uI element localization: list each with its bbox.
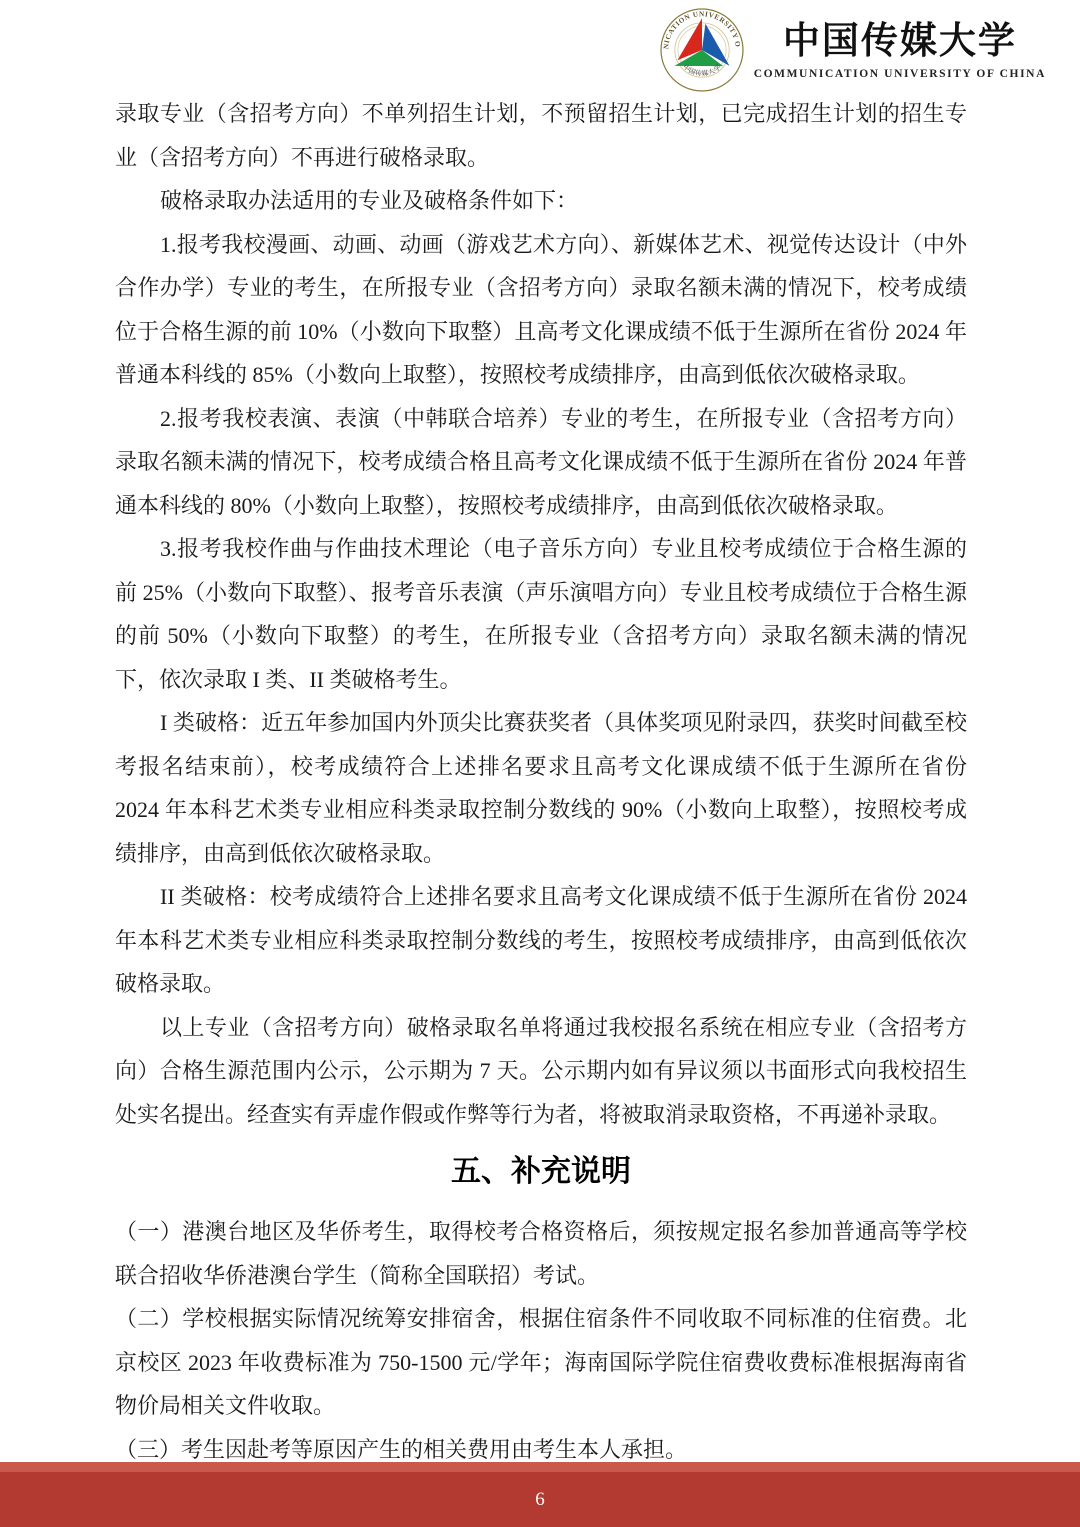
university-name-chinese: 中国传媒大学	[783, 18, 1017, 66]
paragraph-supplement-1: （一）港澳台地区及华侨考生，取得校考合格资格后，须按规定报名参加普通高等学校联合…	[115, 1210, 967, 1297]
paragraph-item-3: 3.报考我校作曲与作曲技术理论（电子音乐方向）专业且校考成绩位于合格生源的前 2…	[115, 527, 967, 701]
footer-bar: 6	[0, 1472, 1080, 1527]
paragraph-class-1-exception: I 类破格：近五年参加国内外顶尖比赛获奖者（具体奖项见附录四，获奖时间截至校考报…	[115, 701, 967, 875]
document-page: COMMUNICATION UNIVERSITY OF CHINA 中国传媒大学…	[0, 0, 1080, 1527]
paragraph-publicity: 以上专业（含招考方向）破格录取名单将通过我校报名系统在相应专业（含招考方向）合格…	[115, 1006, 967, 1137]
paragraph-conditions-intro: 破格录取办法适用的专业及破格条件如下：	[115, 179, 967, 223]
university-seal-icon: COMMUNICATION UNIVERSITY OF CHINA 中国传媒大学	[660, 8, 744, 92]
paragraph-item-1: 1.报考我校漫画、动画、动画（游戏艺术方向）、新媒体艺术、视觉传达设计（中外合作…	[115, 223, 967, 397]
paragraph-class-2-exception: II 类破格：校考成绩符合上述排名要求且高考文化课成绩不低于生源所在省份 202…	[115, 875, 967, 1006]
document-body: 录取专业（含招考方向）不单列招生计划，不预留招生计划，已完成招生计划的招生专业（…	[115, 92, 967, 1471]
university-logo: COMMUNICATION UNIVERSITY OF CHINA 中国传媒大学…	[660, 8, 1046, 92]
paragraph-item-2: 2.报考我校表演、表演（中韩联合培养）专业的考生，在所报专业（含招考方向）录取名…	[115, 397, 967, 528]
section-heading: 五、补充说明	[115, 1150, 967, 1194]
paragraph-supplement-2: （二）学校根据实际情况统筹安排宿舍，根据住宿条件不同收取不同标准的住宿费。北京校…	[115, 1297, 967, 1428]
university-name-english: COMMUNICATION UNIVERSITY OF CHINA	[754, 66, 1046, 82]
paragraph-carryover: 录取专业（含招考方向）不单列招生计划，不预留招生计划，已完成招生计划的招生专业（…	[115, 92, 967, 179]
page-number: 6	[535, 1490, 545, 1509]
footer-accent-strip	[0, 1462, 1080, 1472]
university-wordmark: 中国传媒大学 COMMUNICATION UNIVERSITY OF CHINA	[754, 18, 1046, 82]
